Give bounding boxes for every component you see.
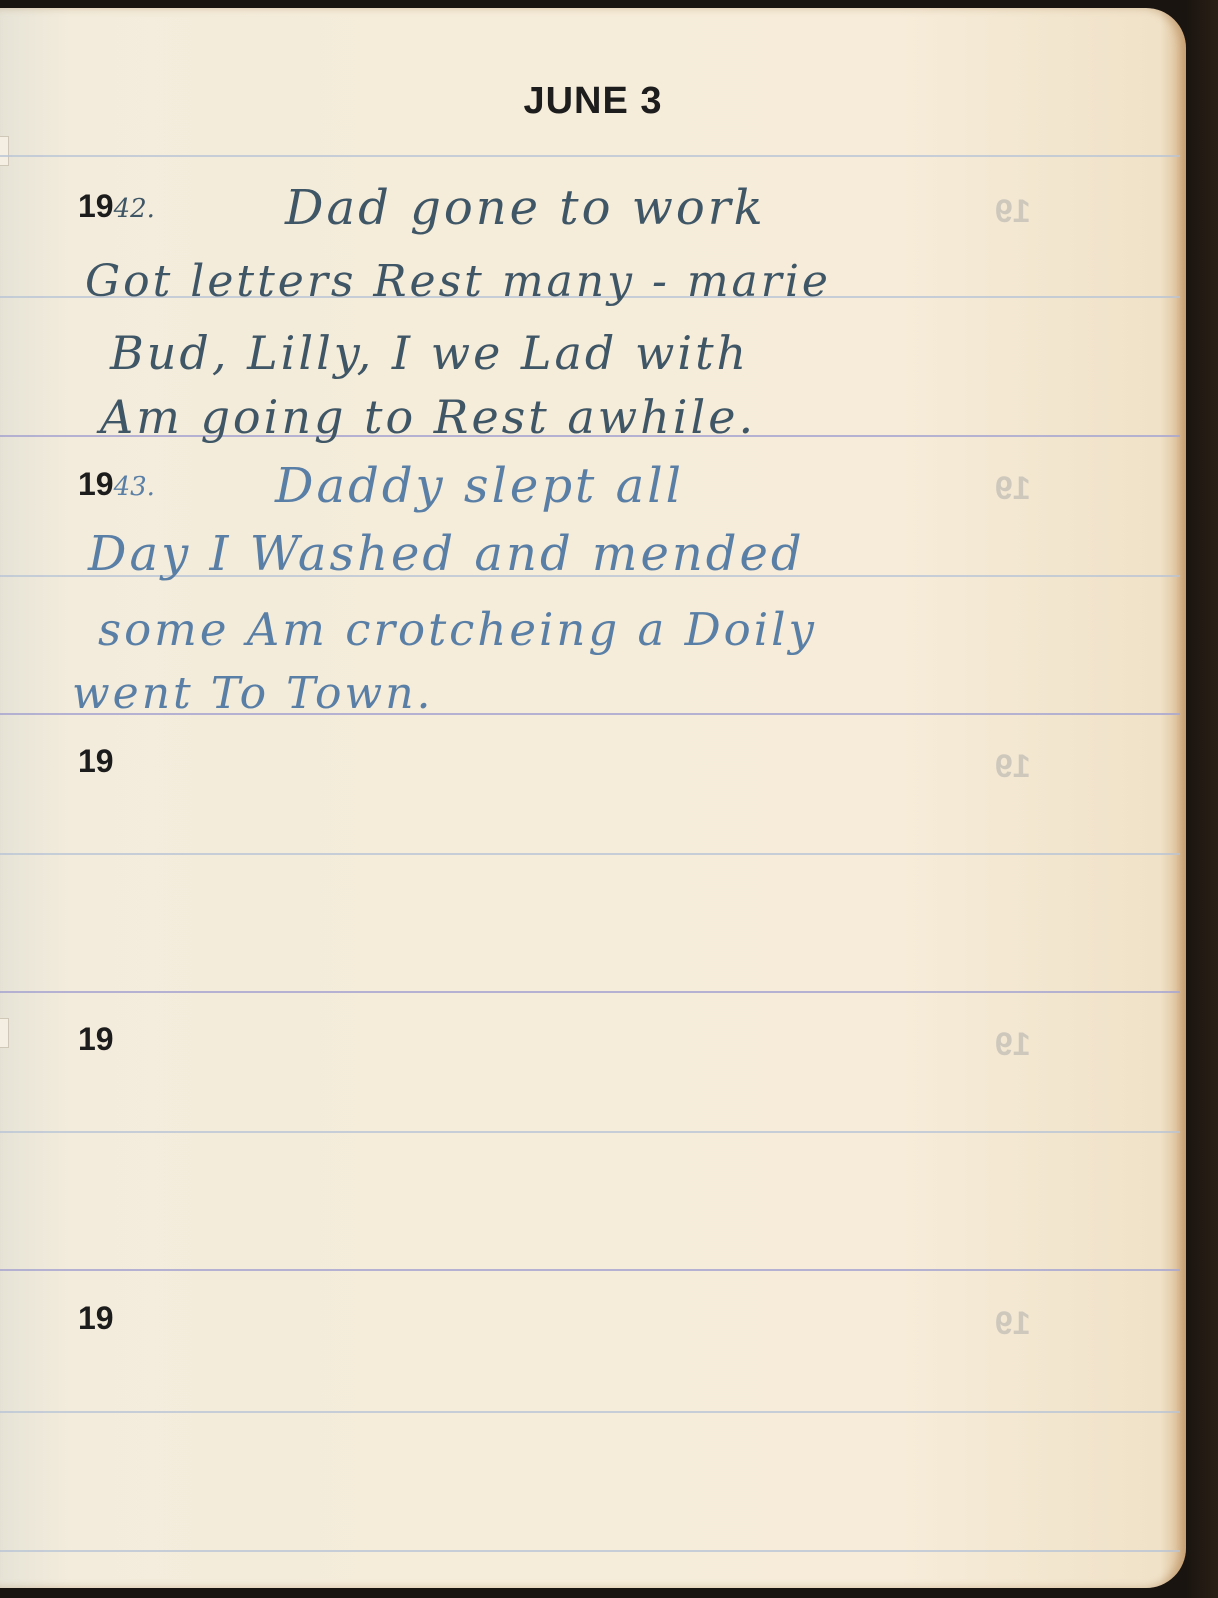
- ruled-line: [0, 853, 1180, 855]
- entry-1943-line-3: some Am crotcheing a Doily: [98, 603, 817, 656]
- ghost-year: 19: [995, 1026, 1031, 1063]
- entry-1942-line-4: Am going to Rest awhile.: [100, 390, 756, 444]
- ghost-year: 19: [995, 1305, 1031, 1342]
- ruled-line: [0, 991, 1180, 993]
- ruled-line: [0, 1550, 1180, 1552]
- entry-year-1943: 1943.: [78, 466, 155, 503]
- year-printed: 19: [78, 466, 114, 502]
- ruled-line: [0, 155, 1180, 157]
- year-handwritten: 43.: [114, 472, 155, 502]
- entry-1942-line-3: Bud, Lilly, I we Lad with: [110, 326, 749, 380]
- page-date-header: JUNE 3: [0, 80, 1186, 123]
- entry-year-blank: 19: [78, 743, 114, 780]
- entry-1943-line-2: Day I Washed and mended: [88, 526, 805, 582]
- entry-year-blank: 19: [78, 1021, 114, 1058]
- entry-1943-line-1: Daddy slept all: [275, 458, 684, 514]
- ruled-line: [0, 1131, 1180, 1133]
- ghost-year: 19: [995, 193, 1031, 230]
- book-edge-shadow: [1186, 0, 1218, 1598]
- ghost-year: 19: [995, 748, 1031, 785]
- entry-1943-line-4: went To Town.: [72, 668, 434, 719]
- diary-page: JUNE 3 19 19 19 19 19 1942. Dad gone to …: [0, 8, 1186, 1588]
- year-printed: 19: [78, 188, 114, 224]
- page-tab: [0, 1018, 9, 1048]
- entry-year-1942: 1942.: [78, 188, 155, 225]
- year-handwritten: 42.: [114, 194, 155, 224]
- page-tab: [0, 136, 9, 166]
- ghost-year: 19: [995, 470, 1031, 507]
- ruled-line: [0, 1411, 1180, 1413]
- ruled-line: [0, 1269, 1180, 1271]
- entry-year-blank: 19: [78, 1300, 114, 1337]
- entry-1942-line-2: Got letters Rest many - marie: [85, 256, 831, 307]
- entry-1942-line-1: Dad gone to work: [285, 180, 766, 236]
